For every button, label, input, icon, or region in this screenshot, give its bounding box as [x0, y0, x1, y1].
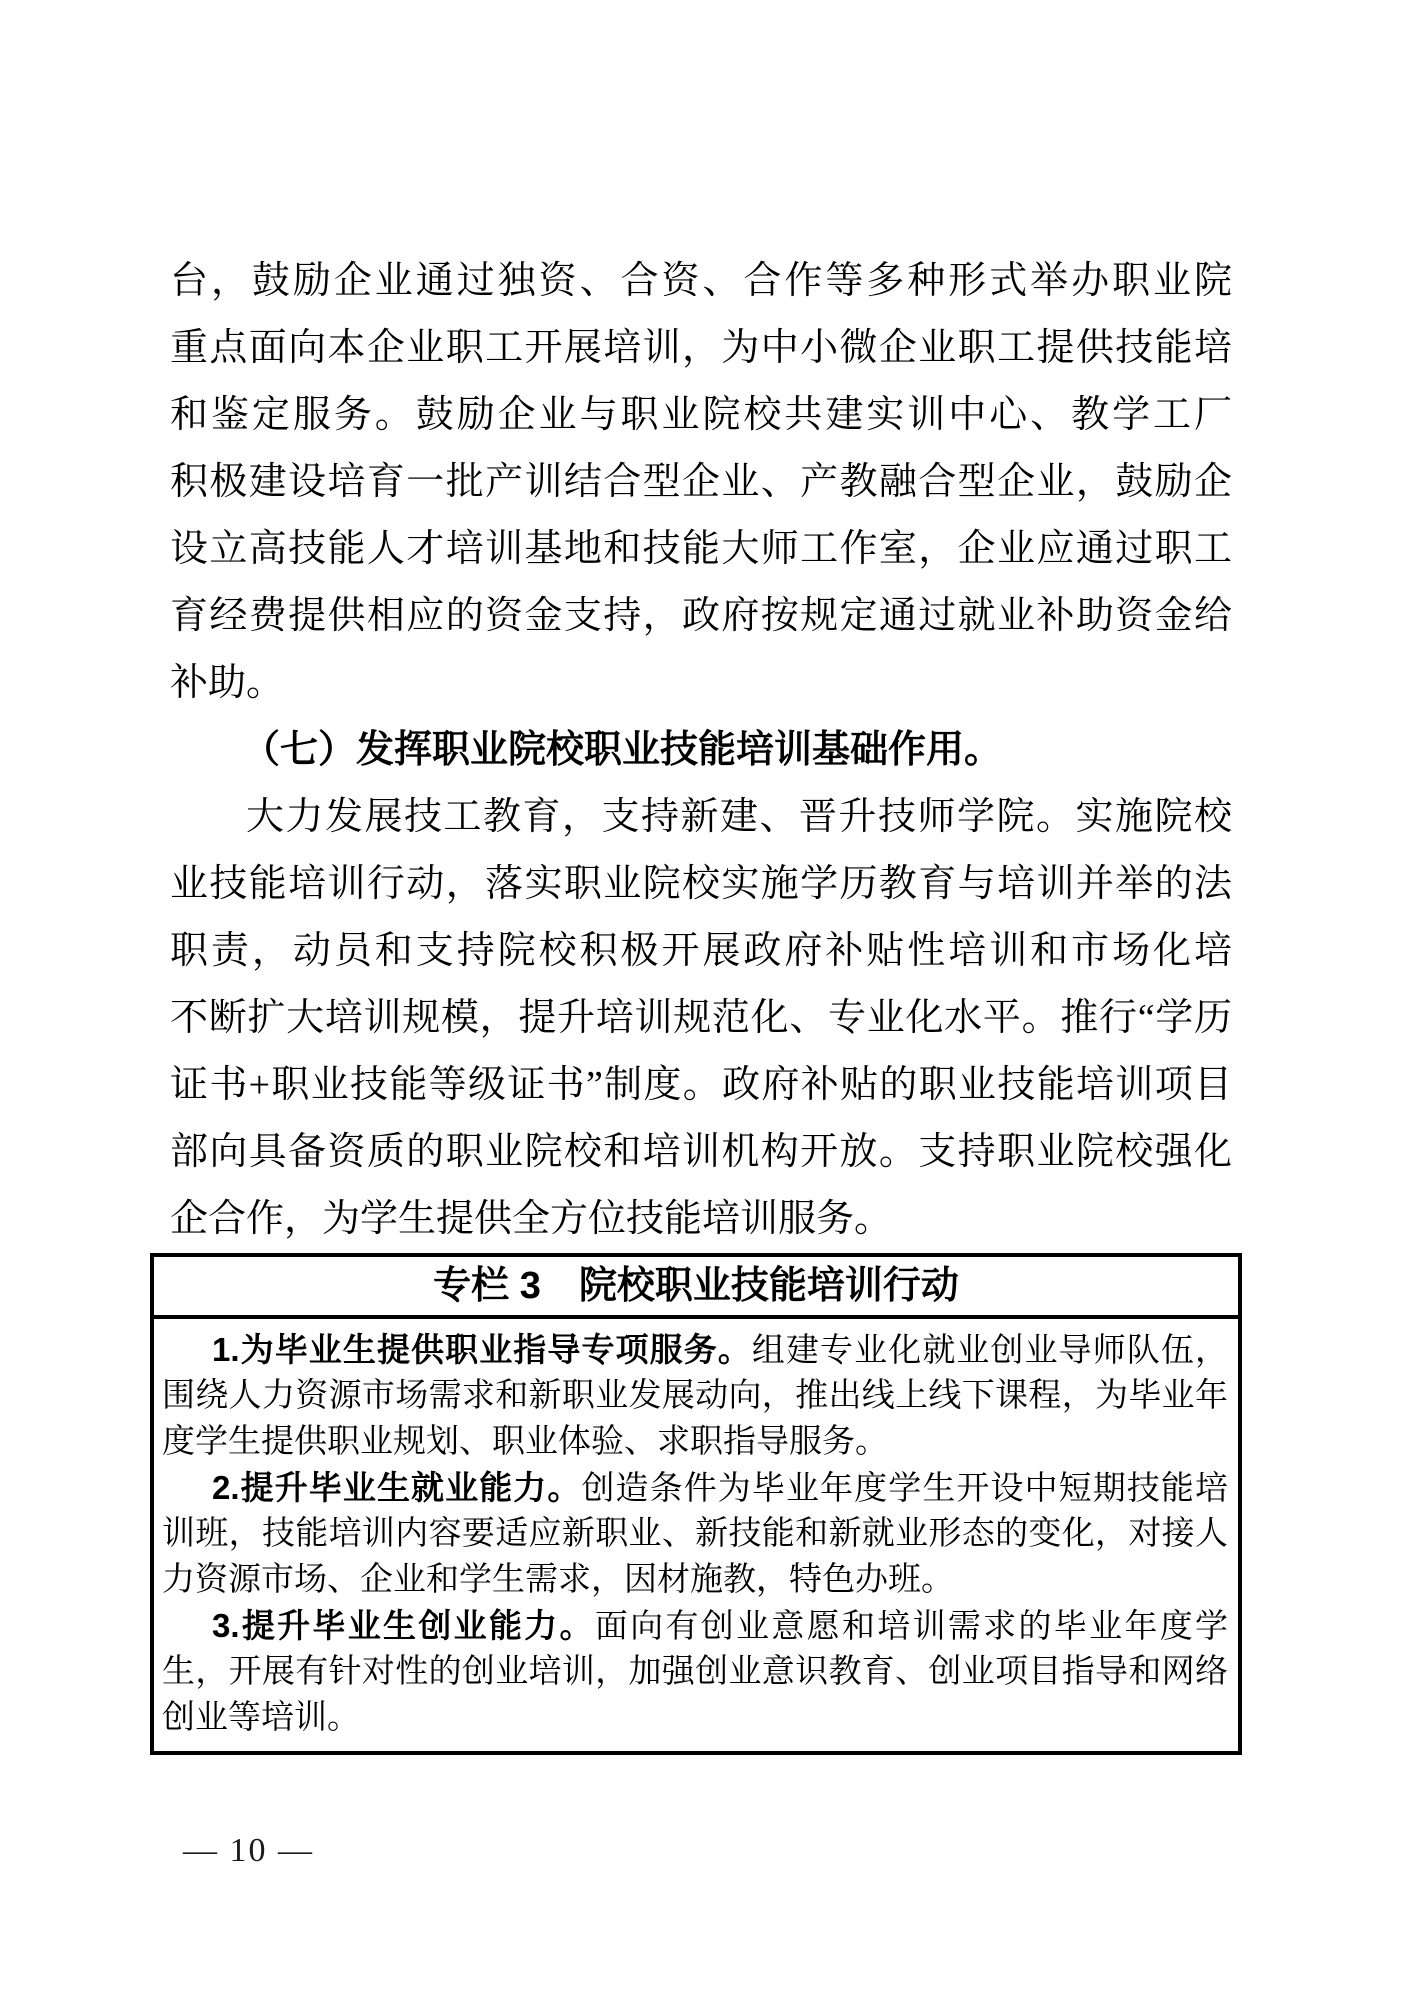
- paragraph-line: 和鉴定服务。鼓励企业与职业院校共建实训中心、教学工厂等，: [170, 382, 1232, 449]
- feature-box-item-line: 生，开展有针对性的创业培训，加强创业意识教育、创业项目指导和网络: [162, 1649, 1228, 1695]
- paragraph-line: 部向具备资质的职业院校和培训机构开放。支持职业院校强化校: [170, 1119, 1232, 1186]
- feature-box-item-line: 度学生提供职业规划、职业体验、求职指导服务。: [162, 1419, 1228, 1465]
- feature-box-item-line: 3.提升毕业生创业能力。面向有创业意愿和培训需求的毕业年度学: [162, 1603, 1228, 1649]
- paragraph-line: 企合作，为学生提供全方位技能培训服务。: [170, 1186, 1232, 1253]
- feature-box-item-line: 1.为毕业生提供职业指导专项服务。组建专业化就业创业导师队伍，: [162, 1327, 1228, 1373]
- item-text: 创造条件为毕业年度学生开设中短期技能培: [581, 1471, 1228, 1507]
- paragraph-line: 育经费提供相应的资金支持，政府按规定通过就业补助资金给予: [170, 583, 1232, 650]
- item-lead-bold: 3.提升毕业生创业能力。: [212, 1607, 595, 1644]
- page-number: — 10 —: [183, 1832, 314, 1870]
- item-text: 面向有创业意愿和培训需求的毕业年度学: [595, 1609, 1228, 1645]
- item-lead-bold: 1.为毕业生提供职业指导专项服务。: [212, 1331, 752, 1368]
- feature-box-item-line: 训班，技能培训内容要适应新职业、新技能和新就业形态的变化，对接人: [162, 1511, 1228, 1557]
- feature-box: 专栏 3 院校职业技能培训行动 1.为毕业生提供职业指导专项服务。组建专业化就业…: [150, 1253, 1242, 1755]
- feature-box-item-line: 力资源市场、企业和学生需求，因材施教，特色办班。: [162, 1557, 1228, 1603]
- paragraph-line: 积极建设培育一批产训结合型企业、产教融合型企业，鼓励企业: [170, 449, 1232, 516]
- paragraph-line: 不断扩大培训规模，提升培训规范化、专业化水平。推行“学历: [170, 985, 1232, 1052]
- paragraph-line: 职责，动员和支持院校积极开展政府补贴性培训和市场化培训，: [170, 918, 1232, 985]
- item-lead-bold: 2.提升毕业生就业能力。: [212, 1469, 581, 1506]
- item-text: 组建专业化就业创业导师队伍，: [752, 1333, 1228, 1369]
- feature-box-item-line: 2.提升毕业生就业能力。创造条件为毕业年度学生开设中短期技能培: [162, 1465, 1228, 1511]
- paragraph-line: 补助。: [170, 650, 1232, 717]
- paragraph-line: 台，鼓励企业通过独资、合资、合作等多种形式举办职业院校，: [170, 248, 1232, 315]
- feature-box-body: 1.为毕业生提供职业指导专项服务。组建专业化就业创业导师队伍， 围绕人力资源市场…: [154, 1319, 1238, 1751]
- feature-box-title: 专栏 3 院校职业技能培训行动: [154, 1257, 1238, 1319]
- paragraph-line: 业技能培训行动，落实职业院校实施学历教育与培训并举的法定: [170, 851, 1232, 918]
- feature-box-item-line: 围绕人力资源市场需求和新职业发展动向，推出线上线下课程，为毕业年: [162, 1373, 1228, 1419]
- paragraph-line: 证书+职业技能等级证书”制度。政府补贴的职业技能培训项目全: [170, 1052, 1232, 1119]
- paragraph-line: 设立高技能人才培训基地和技能大师工作室，企业应通过职工教: [170, 516, 1232, 583]
- body-text-column: 台，鼓励企业通过独资、合资、合作等多种形式举办职业院校， 重点面向本企业职工开展…: [170, 248, 1232, 1253]
- paragraph-line: 重点面向本企业职工开展培训，为中小微企业职工提供技能培训: [170, 315, 1232, 382]
- feature-box-item-line: 创业等培训。: [162, 1695, 1228, 1741]
- section-heading: （七）发挥职业院校职业技能培训基础作用。: [170, 717, 1232, 784]
- paragraph-line: 大力发展技工教育，支持新建、晋升技师学院。实施院校职: [170, 784, 1232, 851]
- document-page: 台，鼓励企业通过独资、合资、合作等多种形式举办职业院校， 重点面向本企业职工开展…: [0, 0, 1411, 1995]
